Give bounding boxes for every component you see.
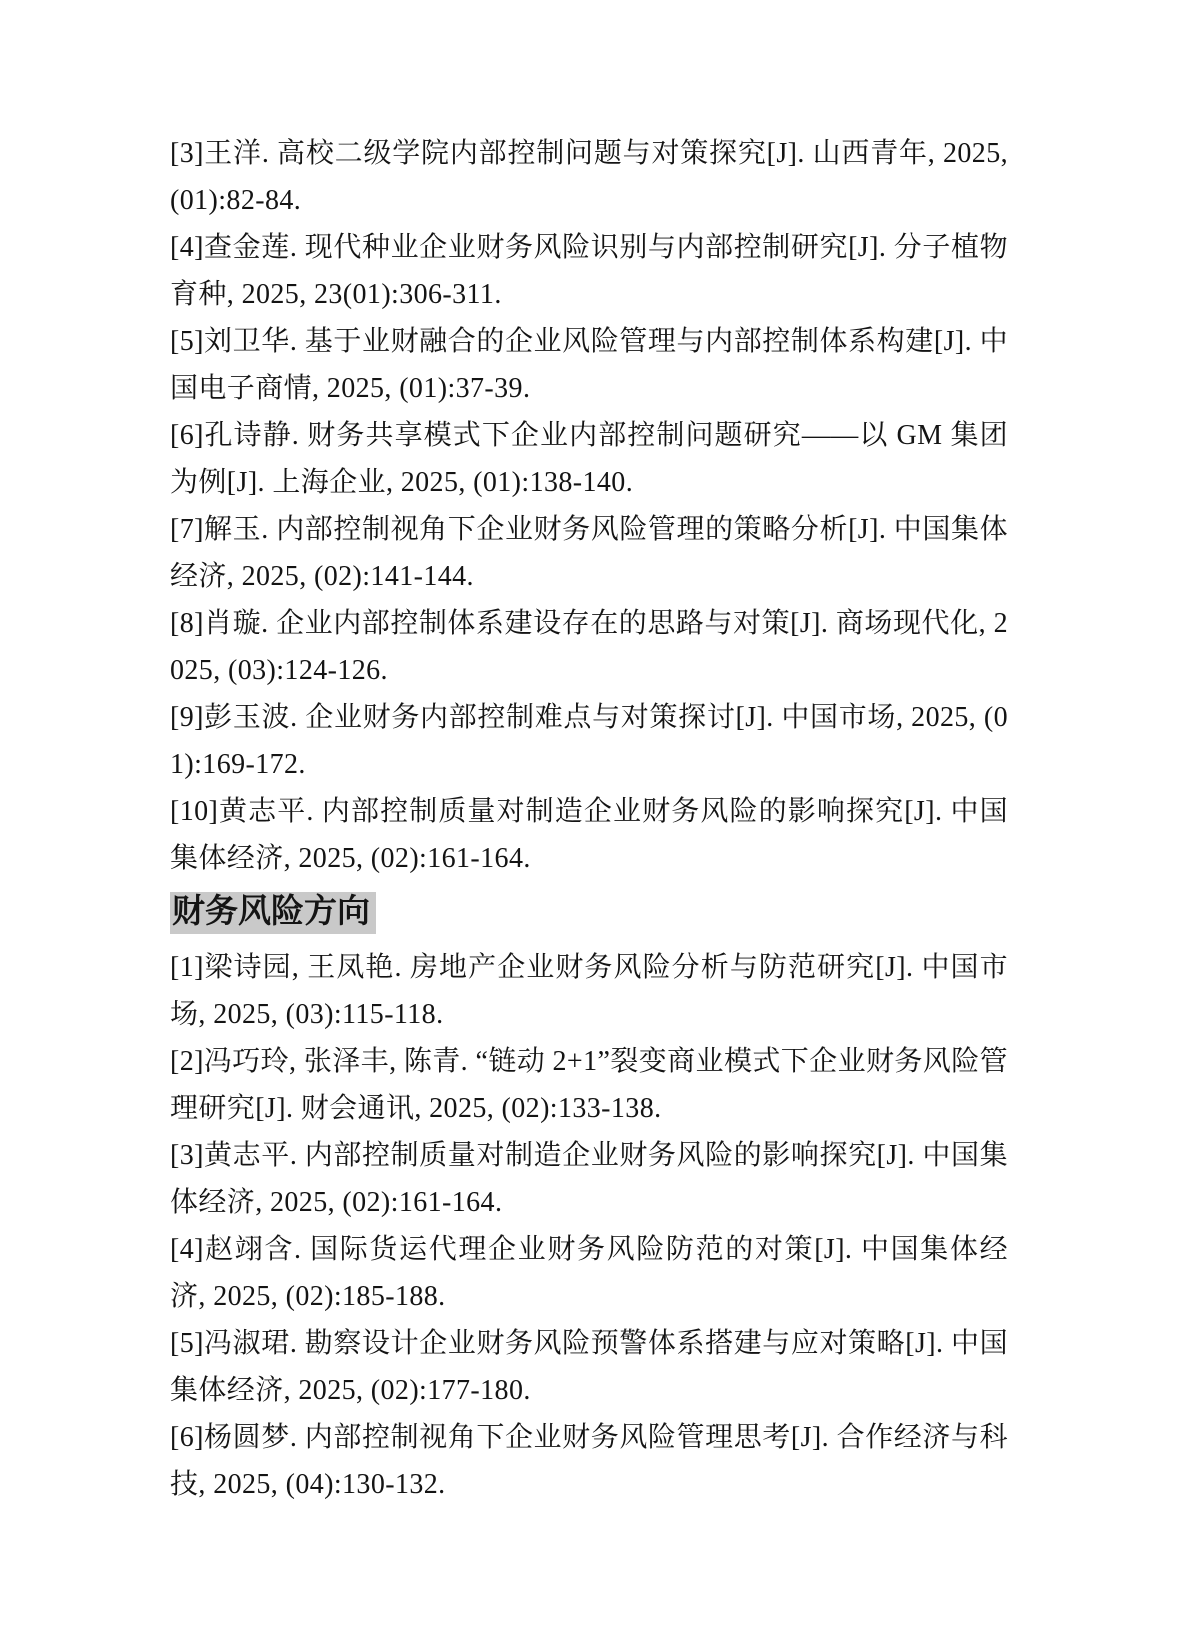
references-content: [3]王洋. 高校二级学院内部控制问题与对策探究[J]. 山西青年, 2025,… xyxy=(170,130,1008,1508)
document-page: [3]王洋. 高校二级学院内部控制问题与对策探究[J]. 山西青年, 2025,… xyxy=(0,0,1179,1645)
reference-list-financial-risk: [1]梁诗园, 王凤艳. 房地产企业财务风险分析与防范研究[J]. 中国市场, … xyxy=(170,944,1008,1508)
reference-item: [1]梁诗园, 王凤艳. 房地产企业财务风险分析与防范研究[J]. 中国市场, … xyxy=(170,944,1008,1038)
reference-item: [4]赵翊含. 国际货运代理企业财务风险防范的对策[J]. 中国集体经济, 20… xyxy=(170,1226,1008,1320)
reference-item: [6]孔诗静. 财务共享模式下企业内部控制问题研究——以 GM 集团为例[J].… xyxy=(170,412,1008,506)
reference-item: [5]冯淑珺. 勘察设计企业财务风险预警体系搭建与应对策略[J]. 中国集体经济… xyxy=(170,1320,1008,1414)
reference-item: [8]肖璇. 企业内部控制体系建设存在的思路与对策[J]. 商场现代化, 202… xyxy=(170,600,1008,694)
reference-list-internal-control: [3]王洋. 高校二级学院内部控制问题与对策探究[J]. 山西青年, 2025,… xyxy=(170,130,1008,882)
highlighted-heading-text: 财务风险方向 xyxy=(170,892,376,934)
reference-item: [5]刘卫华. 基于业财融合的企业风险管理与内部控制体系构建[J]. 中国电子商… xyxy=(170,318,1008,412)
reference-item: [3]黄志平. 内部控制质量对制造企业财务风险的影响探究[J]. 中国集体经济,… xyxy=(170,1132,1008,1226)
reference-item: [4]查金莲. 现代种业企业财务风险识别与内部控制研究[J]. 分子植物育种, … xyxy=(170,224,1008,318)
reference-item: [6]杨圆梦. 内部控制视角下企业财务风险管理思考[J]. 合作经济与科技, 2… xyxy=(170,1414,1008,1508)
reference-item: [10]黄志平. 内部控制质量对制造企业财务风险的影响探究[J]. 中国集体经济… xyxy=(170,788,1008,882)
reference-item: [2]冯巧玲, 张泽丰, 陈青. “链动 2+1”裂变商业模式下企业财务风险管理… xyxy=(170,1038,1008,1132)
reference-item: [7]解玉. 内部控制视角下企业财务风险管理的策略分析[J]. 中国集体经济, … xyxy=(170,506,1008,600)
section-heading-financial-risk: 财务风险方向 xyxy=(170,887,1008,937)
reference-item: [3]王洋. 高校二级学院内部控制问题与对策探究[J]. 山西青年, 2025,… xyxy=(170,130,1008,224)
reference-item: [9]彭玉波. 企业财务内部控制难点与对策探讨[J]. 中国市场, 2025, … xyxy=(170,694,1008,788)
